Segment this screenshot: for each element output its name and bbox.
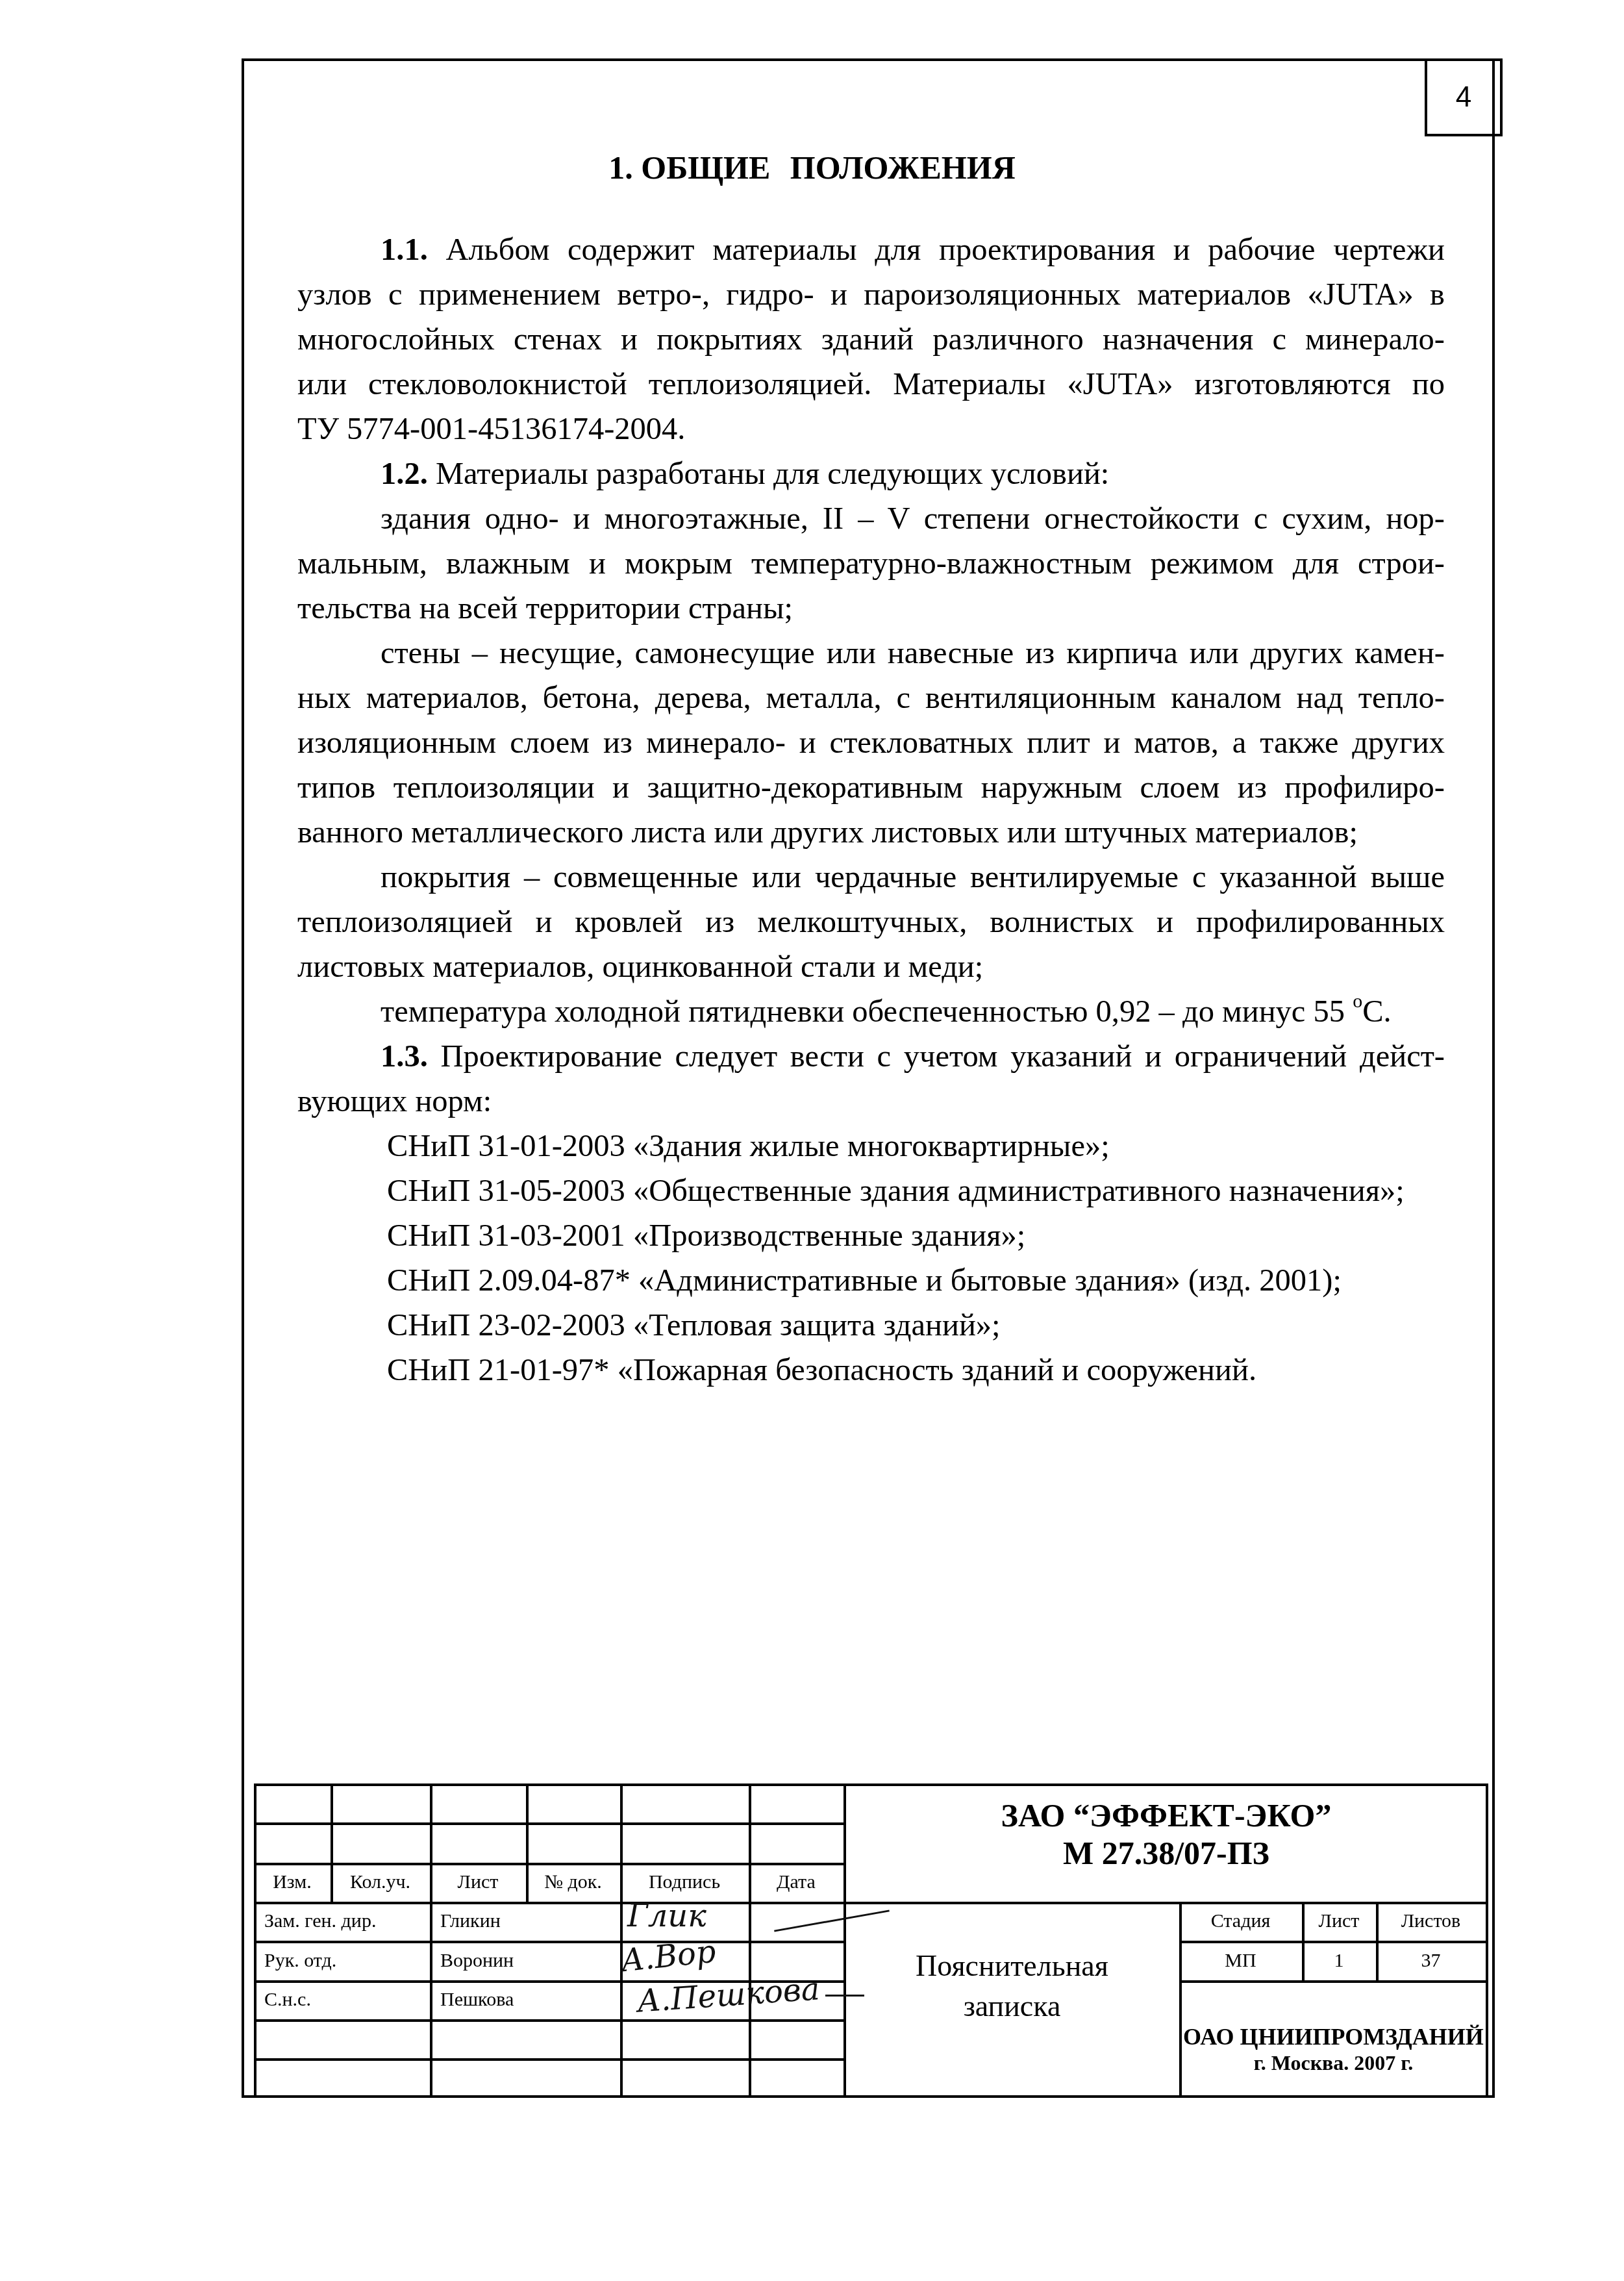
document-title: Пояснительная записка — [845, 1946, 1179, 2026]
signature-glikin: Глик — [627, 1898, 706, 1934]
signatory-role: Зам. ген. дир. — [254, 1902, 430, 1941]
column-header-doc-number: № док. — [526, 1863, 620, 1902]
paragraph-1-3-line: 1.3. Проектирование следует вести с учет… — [381, 1038, 1445, 1076]
company-name: ЗАО “ЭФФЕКТ-ЭКО” — [845, 1796, 1488, 1834]
paragraph-1-2-line: 1.2. Материалы разработаны для следующих… — [381, 455, 1109, 493]
norm-item: СНиП 31-01-2003 «Здания жилые многокварт… — [387, 1128, 1110, 1165]
sheets-value: 37 — [1376, 1941, 1486, 1980]
sheet-value: 1 — [1302, 1941, 1376, 1980]
column-header-count: Кол.уч. — [331, 1863, 430, 1902]
condition-walls-line: ванного металлического листа или других … — [297, 814, 1358, 851]
company-block: ЗАО “ЭФФЕКТ-ЭКО” М 27.38/07-ПЗ — [845, 1796, 1488, 1872]
organization-name: ОАО ЦНИИПРОМЗДАНИЙ — [1179, 2024, 1488, 2050]
stage-header: Стадия — [1179, 1902, 1302, 1941]
column-header-signature: Подпись — [620, 1863, 749, 1902]
sheets-header: Листов — [1376, 1902, 1486, 1941]
condition-buildings-line: тельства на всей территории страны; — [297, 590, 793, 627]
norm-item: СНиП 21-01-97* «Пожарная безопасность зд… — [387, 1352, 1256, 1389]
condition-buildings-line: мальным, влажным и мокрым температурно-в… — [297, 545, 1445, 583]
condition-walls-line: изоляционным слоем из минерало- и стекло… — [297, 724, 1445, 762]
paragraph-1-1-line: 1.1. Альбом содержит материалы для проек… — [381, 231, 1445, 269]
condition-temperature-line: температура холодной пятидневки обеспече… — [381, 993, 1392, 1031]
condition-roofs-line: покрытия – совмещенные или чердачные вен… — [381, 859, 1445, 896]
column-header-change: Изм. — [254, 1863, 331, 1902]
signatory-role: С.н.с. — [254, 1980, 430, 2019]
condition-roofs-line: листовых материалов, оцинкованной стали … — [297, 948, 983, 986]
document-code: М 27.38/07-ПЗ — [845, 1834, 1488, 1872]
paragraph-1-1-line: или стекловолокнистой теплоизоляцией. Ма… — [297, 366, 1445, 403]
norm-item: СНиП 2.09.04-87* «Административные и быт… — [387, 1262, 1342, 1300]
page-number-box: 4 — [1425, 58, 1503, 136]
signatory-role: Рук. отд. — [254, 1941, 430, 1980]
signatory-name: Гликин — [430, 1902, 620, 1941]
signature-stroke — [774, 1909, 890, 1932]
condition-buildings-line: здания одно- и многоэтажные, II – V степ… — [381, 500, 1445, 538]
norm-item: СНиП 23-02-2003 «Тепловая защита зданий»… — [387, 1307, 1001, 1344]
column-header-sheet: Лист — [430, 1863, 526, 1902]
condition-roofs-line: теплоизоляцией и кровлей из мелкоштучных… — [297, 903, 1445, 941]
organization: ОАО ЦНИИПРОМЗДАНИЙ г. Москва. 2007 г. — [1179, 2024, 1488, 2076]
sheet-header: Лист — [1302, 1902, 1376, 1941]
signatory-name: Пешкова — [430, 1980, 620, 2019]
condition-walls-line: ных материалов, бетона, дерева, металла,… — [297, 679, 1445, 717]
condition-walls-line: стены – несущие, самонесущие или навесны… — [381, 635, 1445, 672]
signature-peshkova: А.Пешкова — [636, 1971, 821, 2019]
section-heading: 1. ОБЩИЕ ПОЛОЖЕНИЯ — [0, 148, 1624, 187]
paragraph-1-3-line: вующих норм: — [297, 1083, 492, 1120]
column-header-date: Дата — [749, 1863, 843, 1902]
page-number: 4 — [1456, 81, 1471, 114]
condition-walls-line: типов теплоизоляции и защитно-декоративн… — [297, 769, 1445, 807]
paragraph-1-1-line: ТУ 5774-001-45136174-2004. — [297, 410, 685, 448]
paragraph-1-1-line: многослойных стенах и покрытиях зданий р… — [297, 321, 1445, 359]
organization-city-year: г. Москва. 2007 г. — [1179, 2050, 1488, 2076]
paragraph-1-1-line: узлов с применением ветро-, гидро- и пар… — [297, 276, 1445, 314]
signatory-name: Воронин — [430, 1941, 620, 1980]
norm-item: СНиП 31-03-2001 «Производственные здания… — [387, 1217, 1025, 1255]
title-block: Изм. Кол.уч. Лист № док. Подпись Дата За… — [254, 1783, 1488, 2097]
norm-item: СНиП 31-05-2003 «Общественные здания адм… — [387, 1172, 1405, 1210]
stage-value: МП — [1179, 1941, 1302, 1980]
